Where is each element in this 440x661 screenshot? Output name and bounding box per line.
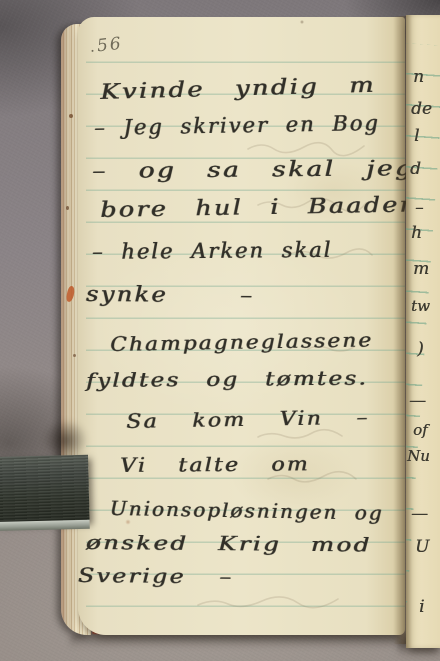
handwriting-line: Vi talte om: [120, 451, 310, 477]
pen-stroke-fragment: m: [413, 259, 429, 279]
handwriting-line: ønsked Krig mod: [86, 530, 372, 556]
pen-stroke-fragment: h: [411, 223, 422, 243]
pen-stroke-fragment: tw: [411, 297, 430, 315]
pen-stroke-fragment: —: [409, 391, 426, 411]
notebook-photo: 56 Kvinde yndig m – Jeg skriver en Bog –…: [0, 0, 440, 661]
foxing-spot: [66, 206, 69, 210]
page-number: 56: [96, 34, 124, 57]
handwriting-line: Sa kom Vin –: [126, 405, 370, 433]
pen-stroke-fragment: –: [415, 198, 424, 218]
pen-stroke-fragment: n: [413, 67, 424, 87]
foxing-spot: [73, 354, 76, 357]
pen-stroke-fragment: l: [414, 126, 419, 146]
facing-page-edge: n de l d – h m tw ) — of Nu — U i: [406, 15, 440, 648]
handwriting-line: – Jeg skriver en Bog: [94, 111, 380, 140]
handwriting-line: Sverige –: [78, 563, 234, 588]
pen-stroke-fragment: de: [411, 99, 432, 119]
pen-stroke-fragment: Nu: [407, 447, 430, 465]
metal-clip-bar: [0, 455, 90, 523]
pen-stroke-fragment: —: [411, 504, 428, 524]
pen-stroke-fragment: ): [417, 339, 424, 359]
pen-stroke-fragment: i: [419, 597, 424, 617]
handwriting-line: synke –: [86, 282, 255, 307]
gutter-fold-shadow: [393, 16, 407, 644]
pen-stroke-fragment: d: [410, 159, 421, 179]
pen-stroke-fragment: U: [415, 537, 429, 557]
handwriting-line: – hele Arken skal: [92, 238, 332, 264]
pen-stroke-fragment: of: [413, 421, 428, 439]
handwriting-line: – og sa skal jeg: [92, 156, 414, 183]
handwriting-line: Unionsopløsningen og: [110, 496, 384, 525]
handwriting-line: Champagneglassene: [110, 327, 373, 356]
foxing-spot: [69, 114, 73, 118]
orange-ink-stain: [65, 285, 76, 302]
handwriting-line: fyldtes og tømtes.: [86, 366, 368, 392]
